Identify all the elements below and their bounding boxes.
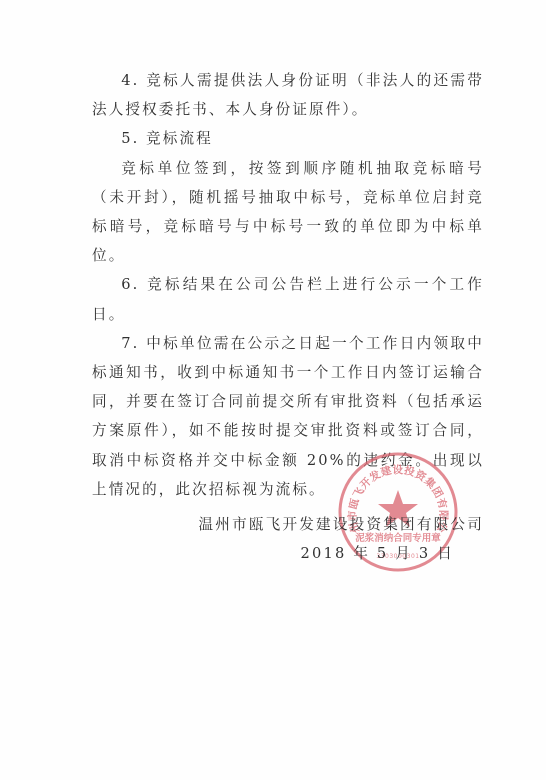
document-body: 4. 竞标人需提供法人身份证明（非法人的还需带法人授权委托书、本人身份证原件）。… xyxy=(92,66,484,504)
signature-date: 2018 年 5 月 3 日 xyxy=(199,539,455,568)
paragraph-item-5-heading: 5. 竞标流程 xyxy=(92,124,484,153)
paragraph-item-6: 6. 竞标结果在公司公告栏上进行公示一个工作日。 xyxy=(92,270,484,328)
signature-company: 温州市瓯飞开发建设投资集团有限公司 xyxy=(199,510,485,539)
document-page: 4. 竞标人需提供法人身份证明（非法人的还需带法人授权委托书、本人身份证原件）。… xyxy=(0,0,546,780)
paragraph-bidding-process: 竞标单位签到，按签到顺序随机抽取竞标暗号（未开封），随机摇号抽取中标号，竞标单位… xyxy=(92,154,484,271)
signature-block: 温州市瓯飞开发建设投资集团有限公司 2018 年 5 月 3 日 xyxy=(199,510,485,568)
paragraph-item-4: 4. 竞标人需提供法人身份证明（非法人的还需带法人授权委托书、本人身份证原件）。 xyxy=(92,66,484,124)
